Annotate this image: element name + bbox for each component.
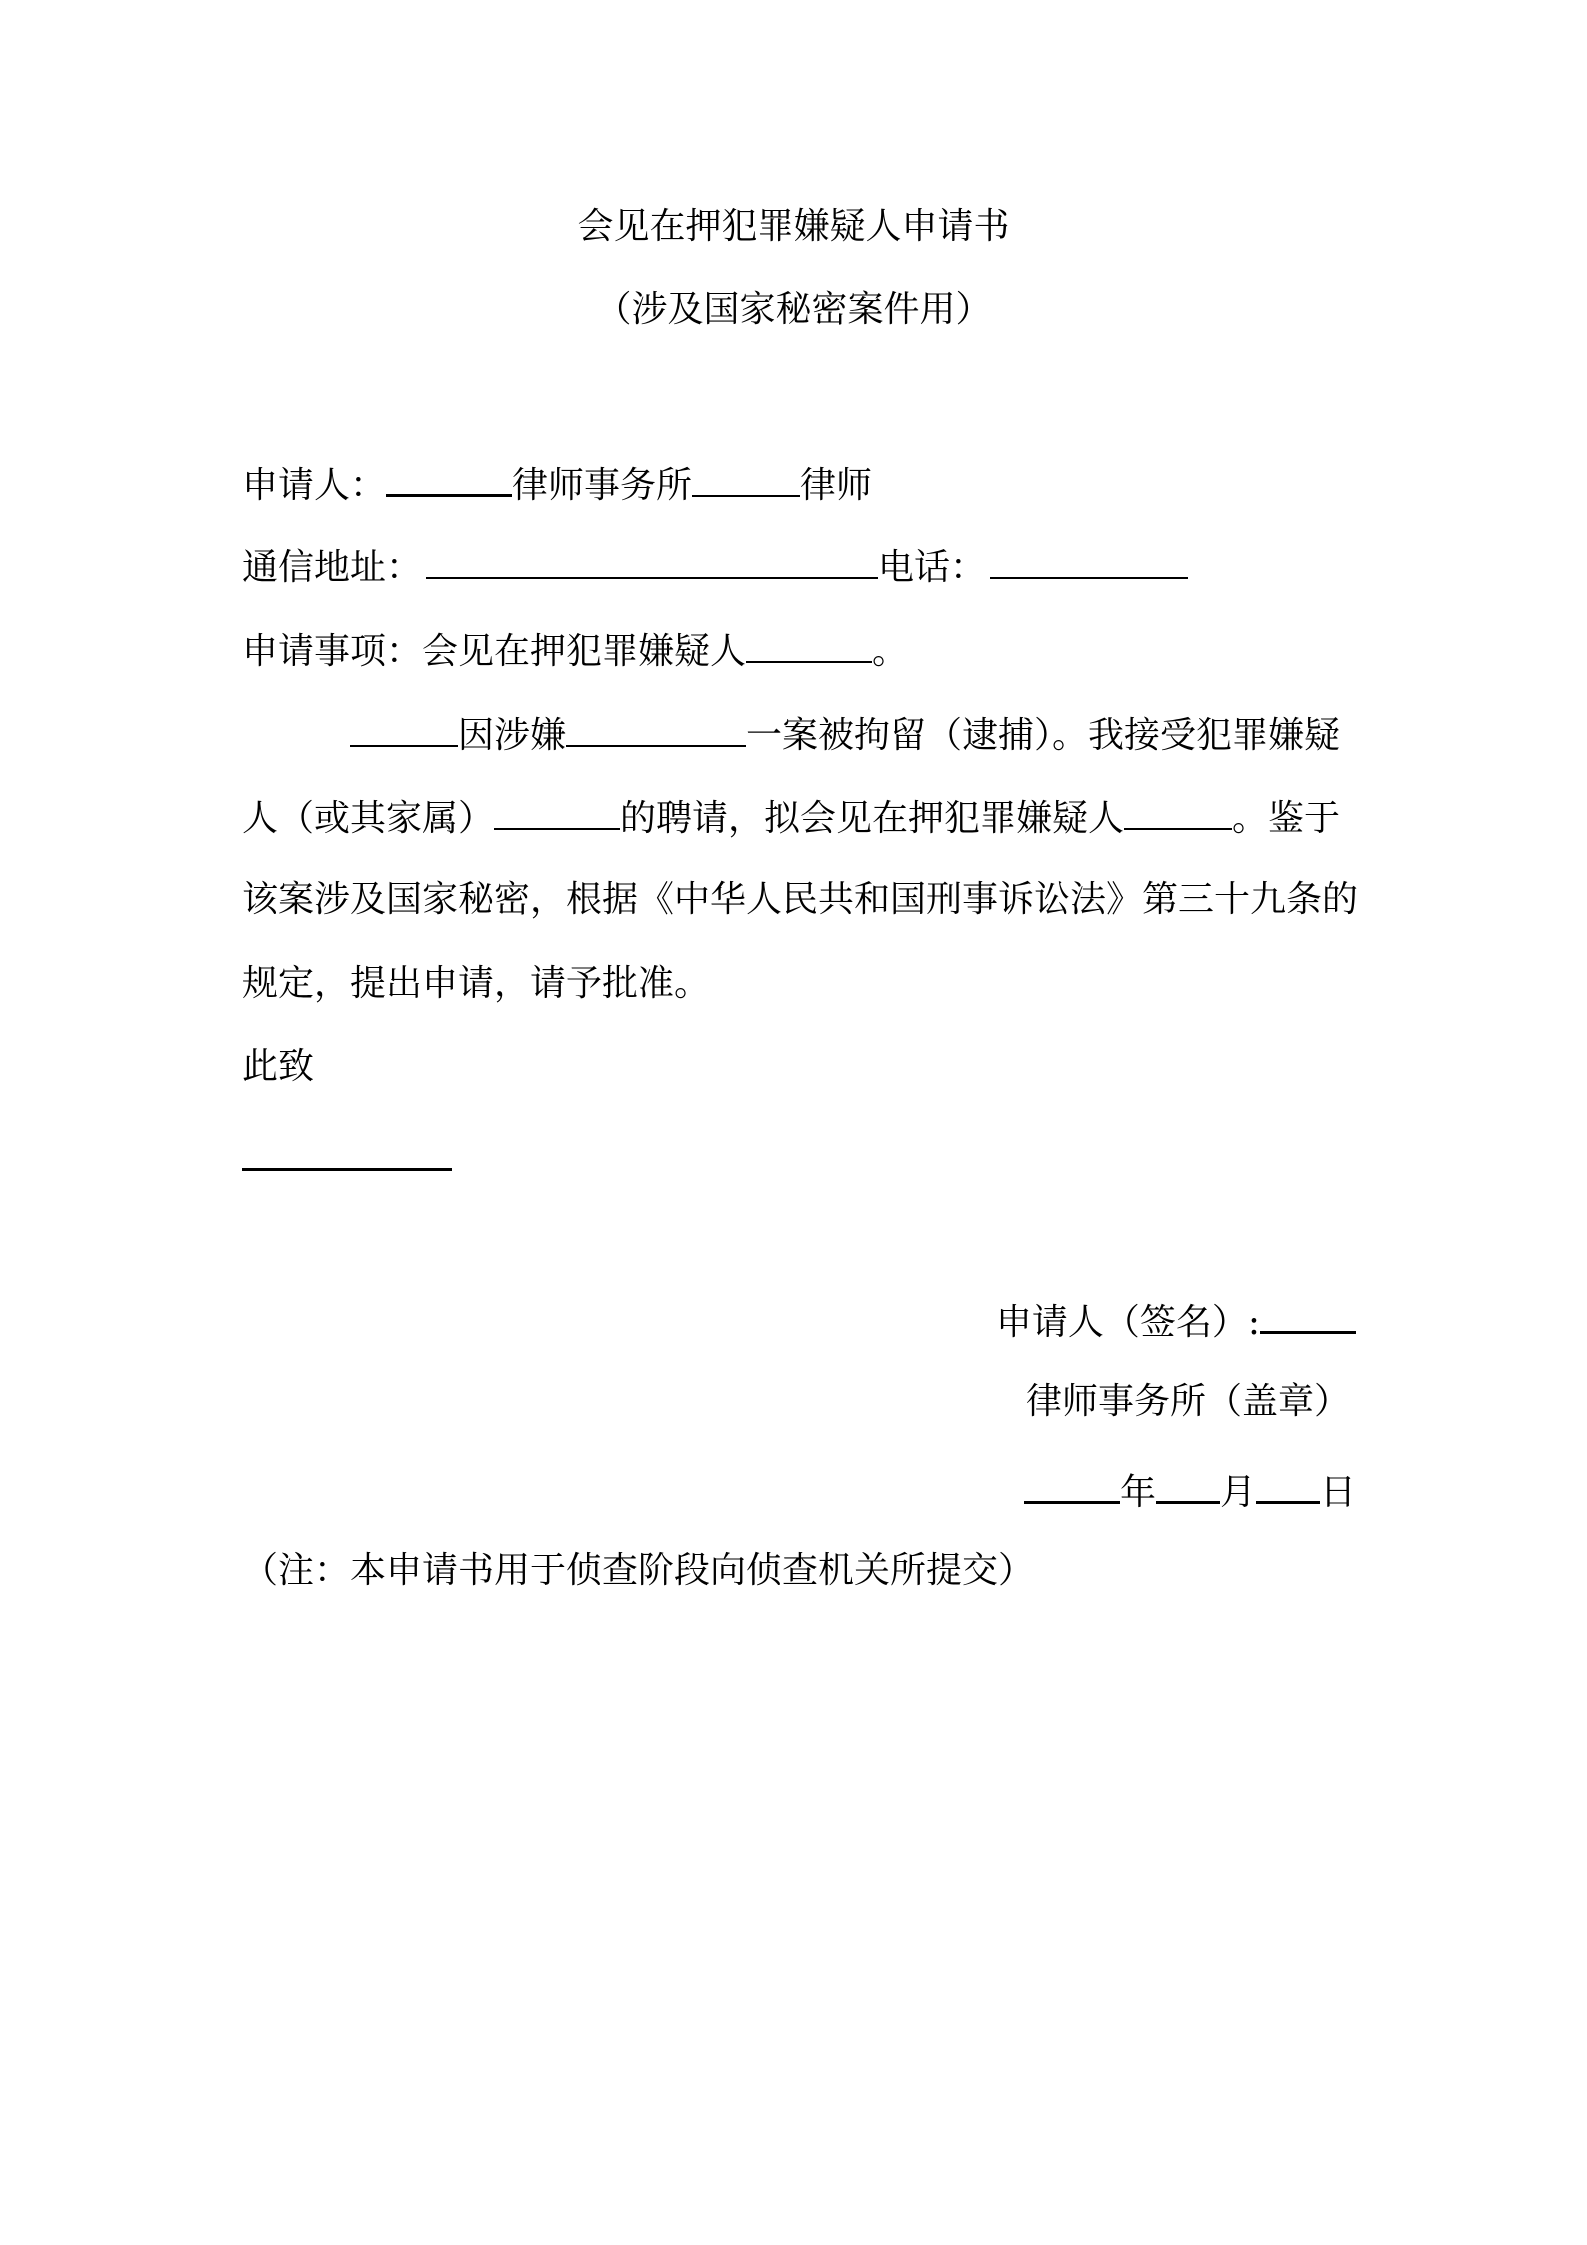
suspect-name-blank[interactable] <box>350 711 458 747</box>
document-title: 会见在押犯罪嫌疑人申请书 <box>0 205 1587 249</box>
body-line-2: 人（或其家属）的聘请，拟会见在押犯罪嫌疑人。鉴于 <box>242 794 1340 841</box>
recipient-blank[interactable] <box>242 1168 452 1171</box>
firm-blank[interactable] <box>386 460 512 497</box>
applicant-line: 申请人：律师事务所律师 <box>242 460 872 508</box>
suspect-blank[interactable] <box>746 627 872 663</box>
suspect-blank-2[interactable] <box>1124 794 1232 830</box>
body-line-4: 规定，提出申请，请予批准。 <box>242 962 710 1006</box>
address-blank[interactable] <box>426 543 878 579</box>
day-blank[interactable] <box>1256 1467 1320 1504</box>
salutation: 此致 <box>242 1045 314 1089</box>
address-line: 通信地址：电话： <box>242 543 1188 590</box>
matter-line: 申请事项：会见在押犯罪嫌疑人。 <box>242 627 908 674</box>
body-line-1: 因涉嫌一案被拘留（逮捕）。我接受犯罪嫌疑 <box>350 711 1340 758</box>
signature-blank[interactable] <box>1260 1297 1356 1334</box>
footnote: （注：本申请书用于侦查阶段向侦查机关所提交） <box>242 1549 1034 1593</box>
phone-blank[interactable] <box>990 543 1188 579</box>
lawyer-blank[interactable] <box>692 461 800 497</box>
firm-seal: 律师事务所（盖章） <box>0 1380 1350 1424</box>
month-blank[interactable] <box>1156 1467 1220 1504</box>
signature-line: 申请人（签名）: <box>0 1297 1356 1345</box>
date-line: 年月日 <box>0 1467 1356 1515</box>
year-blank[interactable] <box>1024 1467 1120 1504</box>
charge-blank[interactable] <box>566 711 746 747</box>
client-blank[interactable] <box>494 794 620 830</box>
document-subtitle: （涉及国家秘密案件用） <box>0 288 1587 332</box>
body-line-3: 该案涉及国家秘密，根据《中华人民共和国刑事诉讼法》第三十九条的 <box>242 878 1358 922</box>
